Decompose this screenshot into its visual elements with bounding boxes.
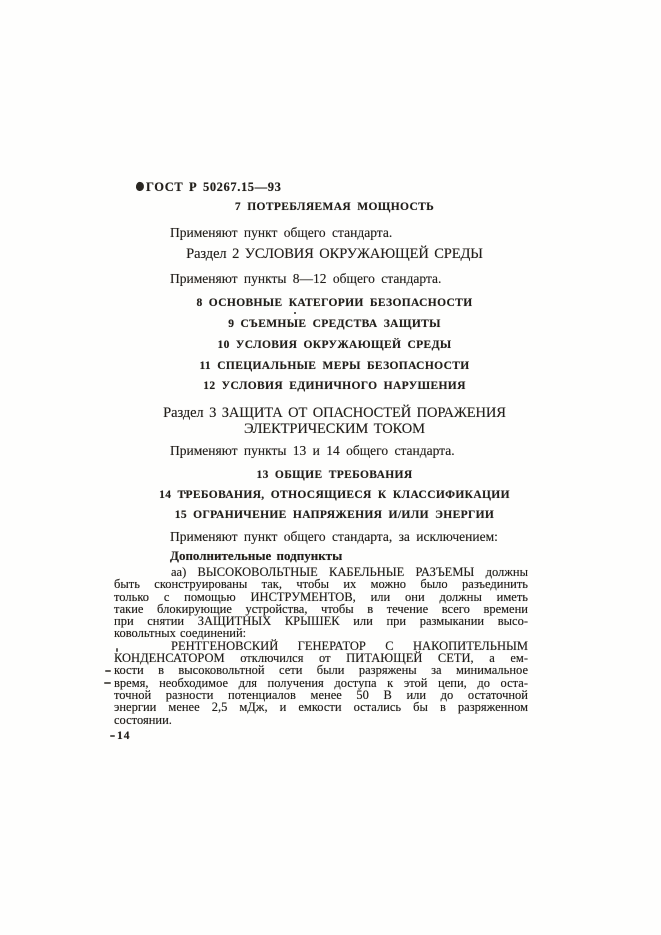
- section-2-body: Применяют пункты 8—12 общего стандарта.: [114, 271, 610, 287]
- clause-15-body: Применяют пункт общего стандарта, за иск…: [114, 529, 610, 545]
- clause-9-heading: 9 СЪЕМНЫЕ СРЕДСТВА ЗАЩИТЫ: [8, 318, 661, 330]
- section-3-body: Применяют пункты 13 и 14 общего стандарт…: [114, 443, 610, 459]
- clause-12-heading: 12 УСЛОВИЯ ЕДИНИЧНОГО НАРУШЕНИЯ: [8, 380, 661, 392]
- clause-7-body: Применяют пункт общего стандарта.: [114, 225, 610, 241]
- ink-speck: [104, 682, 111, 684]
- clause-8-heading: 8 ОСНОВНЫЕ КАТЕГОРИИ БЕЗОПАСНОСТИ: [8, 297, 661, 309]
- section-3-title-line1: Раздел 3 ЗАЩИТА ОТ ОПАСНОСТЕЙ ПОРАЖЕНИЯ: [8, 405, 661, 422]
- page-number: 14: [117, 730, 131, 742]
- clause-7-heading: 7 ПОТРЕБЛЯЕМАЯ МОЩНОСТЬ: [8, 201, 661, 213]
- item-generator-line: состоянии.: [114, 714, 528, 726]
- clause-14-heading: 14 ТРЕБОВАНИЯ, ОТНОСЯЩИЕСЯ К КЛАССИФИКАЦ…: [8, 489, 661, 501]
- ink-speck: [110, 735, 115, 737]
- running-header: ГОСТ Р 50267.15—93: [146, 180, 281, 195]
- subclause-heading: Дополнительные подпункты: [170, 548, 342, 564]
- section-3-title-line2: ЭЛЕКТРИЧЕСКИМ ТОКОМ: [8, 421, 661, 438]
- clause-10-heading: 10 УСЛОВИЯ ОКРУЖАЮЩЕЙ СРЕДЫ: [8, 339, 661, 351]
- item-generator-line: кости в высоковольтной сети были разряже…: [114, 664, 528, 676]
- item-aa-line: быть сконструированы так, чтобы их можно…: [114, 578, 528, 590]
- body-text-block: аа) ВЫСОКОВОЛЬТНЫЕ КАБЕЛЬНЫЕ РАЗЪЕМЫ дол…: [114, 566, 528, 726]
- ink-blot: [135, 181, 145, 191]
- item-aa-line: ковольтных соединений:: [114, 627, 528, 639]
- section-2-title: Раздел 2 УСЛОВИЯ ОКРУЖАЮЩЕЙ СРЕДЫ: [8, 246, 661, 263]
- clause-15-heading: 15 ОГРАНИЧЕНИЕ НАПРЯЖЕНИЯ И/ИЛИ ЭНЕРГИИ: [8, 509, 661, 521]
- item-generator-line: энергии менее 2,5 мДж, и емкости осталис…: [114, 701, 528, 713]
- ink-speck: [294, 312, 296, 314]
- clause-11-heading: 11 СПЕЦИАЛЬНЫЕ МЕРЫ БЕЗОПАСНОСТИ: [8, 360, 661, 372]
- clause-13-heading: 13 ОБЩИЕ ТРЕБОВАНИЯ: [8, 469, 661, 481]
- ink-speck: [105, 670, 111, 672]
- document-page: ГОСТ Р 50267.15—93 7 ПОТРЕБЛЯЕМАЯ МОЩНОС…: [0, 0, 661, 935]
